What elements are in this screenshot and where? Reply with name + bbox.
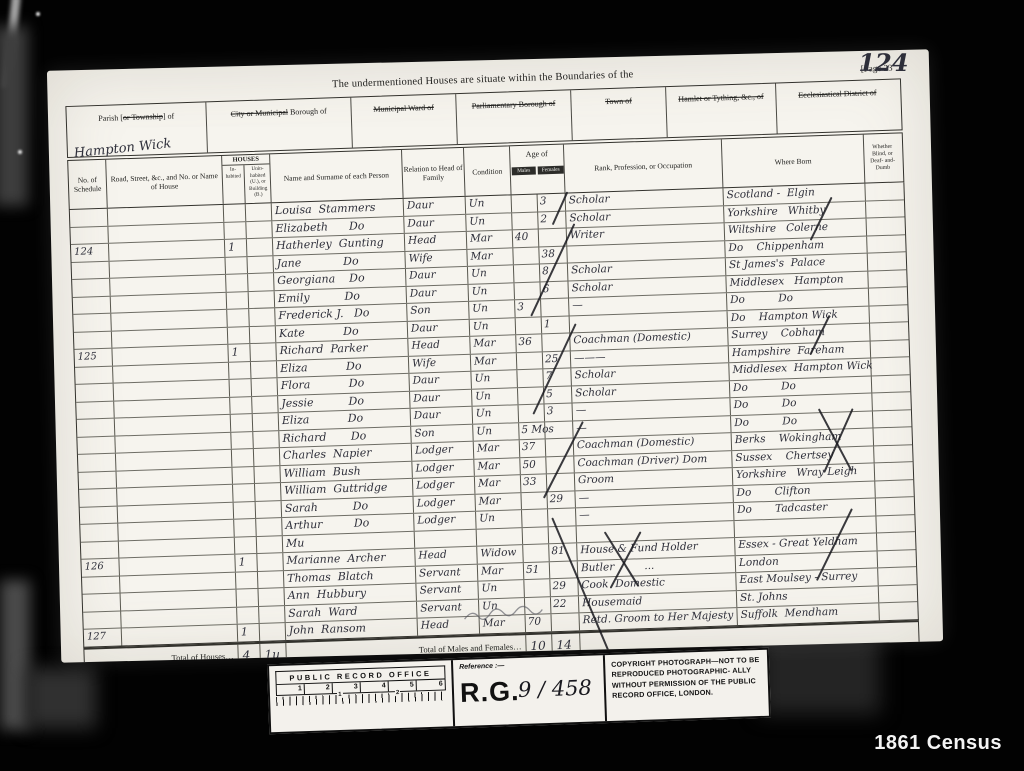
cell-cond: Mar [474,440,521,458]
cell-blind [878,550,915,568]
cell-blind [879,602,916,620]
cell-sched [77,436,116,454]
boundary-hamlet: Hamlet or Tything, &c., of [666,84,778,138]
photo-canvas: { "overlay": { "census_label": "1861 Cen… [0,0,1024,771]
cell-rel: Servant [416,582,479,601]
cell-cond: Un [473,423,520,441]
cell-inh [236,589,259,606]
pro-stamp: PUBLIC RECORD OFFICE 1 2 3 4 5 6 1 2 Ref… [267,648,771,735]
record-group-label: R.G. [460,676,521,709]
cell-uninh [260,623,287,640]
cell-uninh [252,378,279,395]
cell-m: 33 [521,474,548,491]
col-condition: Condition [464,146,512,195]
cell-blind [876,515,913,533]
col-blind: Whether Blind, or Deaf- and-Dumb [864,133,902,182]
col-females: Females [538,166,564,175]
cell-inh [234,501,257,518]
cell-m [516,317,543,334]
cell-sched [77,419,116,437]
cell-blind [872,392,909,410]
cell-rel: Wife [409,354,472,373]
film-smudge [760,634,880,714]
cell-cond: Un [472,388,519,406]
cell-sched [80,506,119,524]
boundary-ecclesiastical: Ecclesiastical District of [776,79,900,133]
cell-inh [232,467,255,484]
col-age: Age of Males Females [510,145,566,195]
cell-cond: Mar [471,353,518,371]
cell-inh [229,362,252,379]
cell-cond [477,528,524,546]
cell-cond: Un [470,318,517,336]
cell-sched [83,611,122,629]
cell-rel: Lodger [412,442,475,461]
cell-cond: Widow [477,545,524,563]
cell-m [512,194,539,211]
cell-sched [76,401,115,419]
cell-cond: Un [473,405,520,423]
cell-uninh [247,238,274,255]
cell-f [545,421,574,438]
cell-uninh [253,413,280,430]
cell-uninh [256,501,283,518]
cell-sched: 127 [84,628,123,646]
cell-rel: Son [411,424,474,443]
cell-blind [875,480,912,498]
cell-rel: Servant [416,564,479,583]
cell-m: 40 [513,229,540,246]
stamp-ruler: PUBLIC RECORD OFFICE 1 2 3 4 5 6 1 2 [269,660,455,732]
cell-uninh [246,203,273,220]
cell-inh: 1 [235,554,258,571]
cell-uninh [247,256,274,273]
cell-m: 5 Mos [519,422,546,439]
cell-m [513,247,540,264]
cell-uninh [250,326,277,343]
cell-inh [226,274,249,291]
cell-sched: 125 [74,349,113,367]
cell-uninh [250,343,277,360]
cell-rel: Daur [404,214,467,233]
boundary-city: City or Municipal Borough of [206,98,353,153]
cell-cond: Un [466,213,513,231]
cell-sched [83,594,122,612]
cell-sched [81,541,120,559]
boundary-town: Town of [571,87,668,140]
cell-m: 36 [516,334,543,351]
cell-m [524,579,551,596]
pencil-scribble [462,604,553,625]
cell-blind [868,270,905,288]
cell-inh [230,397,253,414]
folio-number: 124 [858,49,908,77]
cell-m: 37 [520,439,547,456]
cell-f [551,613,580,630]
cell-rel: Daur [410,389,473,408]
cell-f: 2 [538,211,567,228]
cell-inh [237,606,260,623]
col-houses: HOUSES In- habited Unin- habited (U.), o… [222,154,272,204]
cell-blind [872,375,909,393]
cell-blind [871,340,908,358]
cell-blind [874,445,911,463]
cell-cond: Un [471,370,518,388]
cell-cond: Mar [467,248,514,266]
boundary-parish: Parish [or Township] of Hampton Wick [66,102,208,157]
cell-inh [224,222,247,239]
cell-sched [72,261,111,279]
cell-uninh [254,448,281,465]
cell-blind [867,235,904,253]
cell-cond: Mar [475,493,522,511]
cell-rel: Head [405,232,468,251]
cell-blind [879,585,916,603]
col-road: Road, Street, &c., and No. or Name of Ho… [106,156,224,208]
cell-cond: Mar [475,475,522,493]
cell-blind [867,217,904,235]
cell-rel: Daur [409,372,472,391]
cell-cond: Un [468,265,515,283]
cell-sched [73,296,112,314]
cell-blind [877,532,914,550]
cell-uninh [258,588,285,605]
cell-f: 29 [547,491,576,508]
cell-rel: Lodger [412,459,475,478]
cell-sched: 124 [71,244,110,262]
cell-cond: Mar [478,563,525,581]
film-smudge [0,26,28,206]
col-name: Name and Surname of each Person [270,150,404,202]
cell-cond: Un [478,580,525,598]
cell-inh [232,449,255,466]
cell-uninh [253,431,280,448]
cell-cond: Mar [470,335,517,353]
cell-m [523,544,550,561]
cell-rel: Daur [404,197,467,216]
cell-m [514,282,541,299]
cell-rel: Head [408,337,471,356]
cell-uninh [257,553,284,570]
cell-inh [234,519,257,536]
film-speck [18,150,22,154]
cell-blind [876,497,913,515]
cell-m [514,264,541,281]
cell-cond: Un [466,195,513,213]
reference-number: 9 / 458 [518,676,593,702]
film-scratch [2,0,21,88]
film-smudge [26,668,96,728]
cell-cond: Un [476,510,523,528]
cell-inh: 1 [225,239,248,256]
cell-inh [228,327,251,344]
cell-sched [80,524,119,542]
cell-sched [70,209,109,227]
cell-cond: Mar [467,230,514,248]
cell-rel: Wife [405,249,468,268]
total-houses-inhabited: 4 [238,643,261,662]
cell-sched [72,279,111,297]
film-speck [36,12,40,16]
cell-inh [230,379,253,396]
cell-inh [235,536,258,553]
cell-blind [866,200,903,218]
cell-rel [415,529,478,548]
cell-blind [870,322,907,340]
cell-inh [227,292,250,309]
cell-rel: Lodger [414,512,477,531]
cell-inh [233,484,256,501]
cell-sched [79,471,118,489]
cell-rel: Daur [406,267,469,286]
cell-uninh [248,273,275,290]
cell-sched [76,384,115,402]
cell-blind [869,287,906,305]
cell-uninh [257,536,284,553]
cell-m [523,527,550,544]
cell-m [522,509,549,526]
cell-inh [231,432,254,449]
film-smudge [0,580,30,730]
cell-f: 29 [550,578,579,595]
total-males: 10 [526,634,553,657]
col-uninhabited: Unin- habited (U.), or Building (B.) [244,164,271,203]
cell-f [541,298,570,315]
cell-m [517,369,544,386]
col-inhabited: In- habited [222,165,245,204]
cell-sched [70,226,109,244]
cell-uninh [255,483,282,500]
cell-blind [878,567,915,585]
cell-blind [873,410,910,428]
cell-cond: Un [468,283,515,301]
cell-inh: 1 [228,344,251,361]
cell-m [512,212,539,229]
cell-uninh [254,466,281,483]
cell-uninh [252,396,279,413]
cell-sched [74,331,113,349]
boundary-parliamentary: Parliamentary Borough of [456,90,573,144]
cell-f: 1 [542,316,571,333]
cell-cond: Mar [474,458,521,476]
cell-m [517,352,544,369]
total-females: 14 [552,633,581,656]
cell-rel: Head [415,547,478,566]
cell-rel: Daur [407,284,470,303]
total-houses-label: Total of Houses… [84,644,239,663]
cell-f: 22 [551,596,580,613]
cell-sched: 126 [81,559,120,577]
col-schedule: No. of Schedule [68,160,108,209]
cell-sched [75,366,114,384]
reference-label: Reference :— [459,659,597,671]
cell-uninh [249,291,276,308]
cell-rel: Daur [411,407,474,426]
stamp-reference: Reference :— R.G. 9 / 458 [453,655,607,726]
cell-sched [79,489,118,507]
cell-blind [871,357,908,375]
boundary-ward: Municipal Ward of [351,94,458,147]
census-form: The undermentioned Houses are situate wi… [65,54,921,662]
cell-inh [236,571,259,588]
cell-m: 51 [524,562,551,579]
cell-f: 3 [545,403,574,420]
cell-sched [73,314,112,332]
cell-uninh [259,606,286,623]
cell-rel: Lodger [413,494,476,513]
cell-uninh [246,221,273,238]
col-males: Males [512,167,536,176]
cell-rel: Lodger [413,477,476,496]
cell-uninh [258,571,285,588]
cell-uninh [251,361,278,378]
cell-blind [873,427,910,445]
cell-inh: 1 [238,624,261,641]
cell-uninh [249,308,276,325]
cell-m: 50 [520,457,547,474]
cell-blind [865,182,902,200]
cell-inh [224,204,247,221]
cell-uninh [256,518,283,535]
cell-inh [231,414,254,431]
census-year-label: 1861 Census [874,732,1002,755]
cell-f: 5 [544,386,573,403]
census-rows: Louisa StammersDaurUn3ScholarScotland - … [69,182,919,647]
cell-cond: Un [469,300,516,318]
cell-sched [82,576,121,594]
col-relation: Relation to Head of Family [402,148,466,198]
cell-rel: Son [407,302,470,321]
total-houses-uninhabited: 1u [260,643,287,663]
census-sheet: The undermentioned Houses are situate wi… [47,49,943,662]
cell-rel: Daur [408,319,471,338]
col-born: Where Born [722,135,866,188]
cell-blind [868,252,905,270]
cell-blind [875,462,912,480]
cell-inh [227,309,250,326]
col-rank: Rank, Profession, or Occupation [564,139,724,192]
cell-sched [78,454,117,472]
cell-inh [225,257,248,274]
stamp-copyright: COPYRIGHT PHOTOGRAPH—NOT TO BE REPRODUCE… [605,650,769,721]
cell-blind [869,305,906,323]
